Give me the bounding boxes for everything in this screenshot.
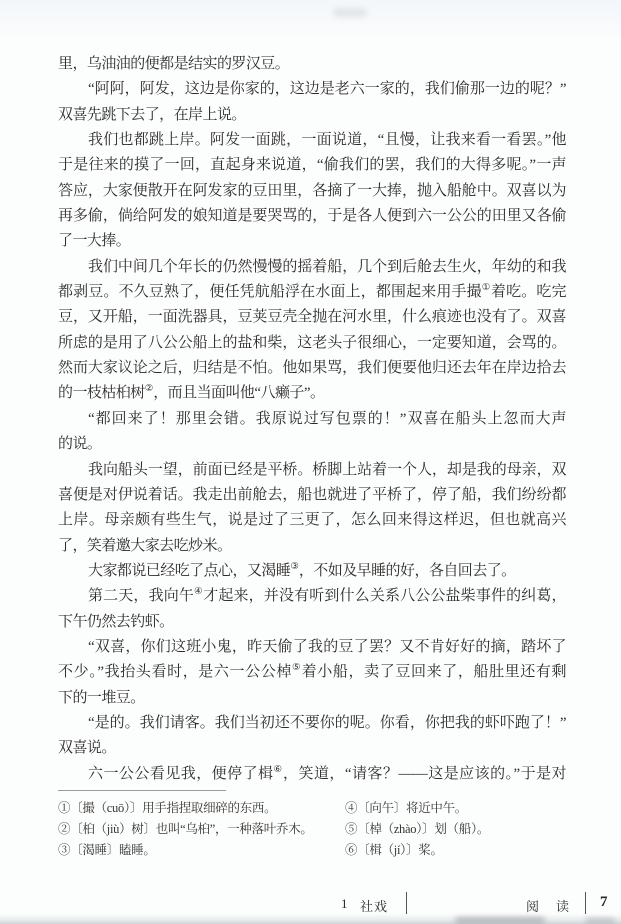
- text-line: 然而大家议论之后，归结是不怕。他如果骂，我们便要他归还去年在岸边拾去: [58, 356, 566, 381]
- text-line: 我们中间几个年长的仍然慢慢的摇着船，几个到后舱去生火，年幼的和我: [58, 255, 566, 280]
- photo-artifact-top: [333, 8, 367, 17]
- text-line: 再多偷，倘给阿发的娘知道是要哭骂的，于是各人便到六一公公的田里又各偷: [58, 204, 566, 229]
- text-line: 答应，大家便散开在阿发家的豆田里，各摘了一大捧，抛入船舱中。双喜以为: [58, 179, 566, 204]
- text-line: 上岸。母亲颇有些生气，说是过了三更了，怎么回来得这样迟，但也就高兴: [58, 508, 566, 533]
- text-line: 双喜先跳下去了，在岸上说。: [58, 103, 566, 128]
- footnote-item: ⑥〔楫（jí）〕桨。: [345, 840, 565, 861]
- section-label: 阅 读: [526, 896, 571, 915]
- photo-artifact-bottom-a: [455, 917, 545, 924]
- footnote-divider: [58, 790, 226, 791]
- page-number: 7: [600, 894, 608, 911]
- text-line: 了一大捧。: [58, 229, 566, 254]
- text-line: 了，笑着邀大家去吃炒米。: [58, 534, 566, 559]
- text-line: 我们也都跳上岸。阿发一面跳，一面说道，“且慢，让我来看一看罢。”他: [58, 128, 566, 153]
- text-line: 六一公公看见我，便停了楫⑥，笑道，“请客？——这是应该的。”于是对: [58, 762, 566, 787]
- footnote-ref: ⑥: [274, 765, 284, 775]
- text-line: 里，乌油油的便都是结实的罗汉豆。: [58, 52, 566, 77]
- footnote-ref: ③: [290, 562, 299, 572]
- text-line: “是的。我们请客。我们当初还不要你的呢。你看，你把我的虾吓跑了！”: [58, 711, 566, 736]
- text-line: 不少。”我抬头看时，是六一公公棹⑤着小船，卖了豆回来了，船肚里还有剩: [58, 660, 566, 685]
- textbook-page: 里，乌油油的便都是结实的罗汉豆。“阿阿，阿发，这边是你家的，这边是老六一家的，我…: [0, 0, 621, 924]
- page-footer: 1 社戏 阅 读 7: [0, 890, 621, 914]
- text-line: 大家都说已经吃了点心，又渴睡③，不如及早睡的好，各自回去了。: [58, 559, 566, 584]
- text-line: 的一枝枯桕树②，而且当面叫他“八癞子”。: [58, 381, 566, 406]
- footnotes-left-column: ①〔撮（cuō）〕用手指捏取细碎的东西。②〔桕（jiù）树〕也叫“乌桕”，一种落…: [58, 798, 344, 860]
- footnote-ref: ②: [145, 384, 154, 394]
- body-text: 里，乌油油的便都是结实的罗汉豆。“阿阿，阿发，这边是你家的，这边是老六一家的，我…: [58, 52, 566, 787]
- text-line: 下午仍然去钓虾。: [58, 610, 566, 635]
- text-line: 豆，又开船，一面洗器具，豆荚豆壳全抛在河水里，什么痕迹也没有了。双喜: [58, 305, 566, 330]
- text-line: 的说。: [58, 432, 566, 457]
- text-line: 都剥豆。不久豆熟了，便任凭航船浮在水面上，都围起来用手撮①着吃。吃完: [58, 280, 566, 305]
- footnote-ref: ①: [482, 283, 491, 293]
- text-line: 下的一堆豆。: [58, 686, 566, 711]
- footnote-item: ③〔渴睡〕瞌睡。: [58, 840, 344, 861]
- text-line: 喜便是对伊说着话。我走出前舱去，船也就进了平桥了，停了船，我们纷纷都: [58, 483, 566, 508]
- text-line: 第二天，我向午④才起来，并没有听到什么关系八公公盐柴事件的纠葛，: [58, 584, 566, 609]
- footnote-item: ④〔向午〕将近中午。: [345, 798, 565, 819]
- footer-divider-right: [585, 892, 586, 914]
- footnote-item: ⑤〔棹（zhào）〕划（船）。: [345, 819, 565, 840]
- footnote-ref: ⑤: [292, 663, 302, 673]
- text-line: “都回来了！那里会错。我原说过写包票的！”双喜在船头上忽而大声: [58, 407, 566, 432]
- text-line: 我向船头一望，前面已经是平桥。桥脚上站着一个人，却是我的母亲，双: [58, 458, 566, 483]
- footnote-item: ②〔桕（jiù）树〕也叫“乌桕”，一种落叶乔木。: [58, 819, 344, 840]
- footnote-ref: ④: [194, 587, 203, 597]
- lesson-number: 1: [341, 896, 348, 912]
- footnotes-right-column: ④〔向午〕将近中午。⑤〔棹（zhào）〕划（船）。⑥〔楫（jí）〕桨。: [345, 798, 565, 860]
- lesson-title: 社戏: [360, 896, 388, 915]
- photo-artifact-bottom-b: [585, 918, 615, 924]
- text-line: “双喜，你们这班小鬼，昨天偷了我的豆了罢？又不肯好好的摘，踏坏了: [58, 635, 566, 660]
- footer-divider-left: [406, 892, 407, 914]
- text-line: 双喜说。: [58, 736, 566, 761]
- text-line: “阿阿，阿发，这边是你家的，这边是老六一家的，我们偷那一边的呢？”: [58, 77, 566, 102]
- footnote-item: ①〔撮（cuō）〕用手指捏取细碎的东西。: [58, 798, 344, 819]
- text-line: 所虑的是用了八公公船上的盐和柴，这老头子很细心，一定要知道，会骂的。: [58, 331, 566, 356]
- text-line: 于是往来的摸了一回，直起身来说道，“偷我们的罢，我们的大得多呢。”一声: [58, 153, 566, 178]
